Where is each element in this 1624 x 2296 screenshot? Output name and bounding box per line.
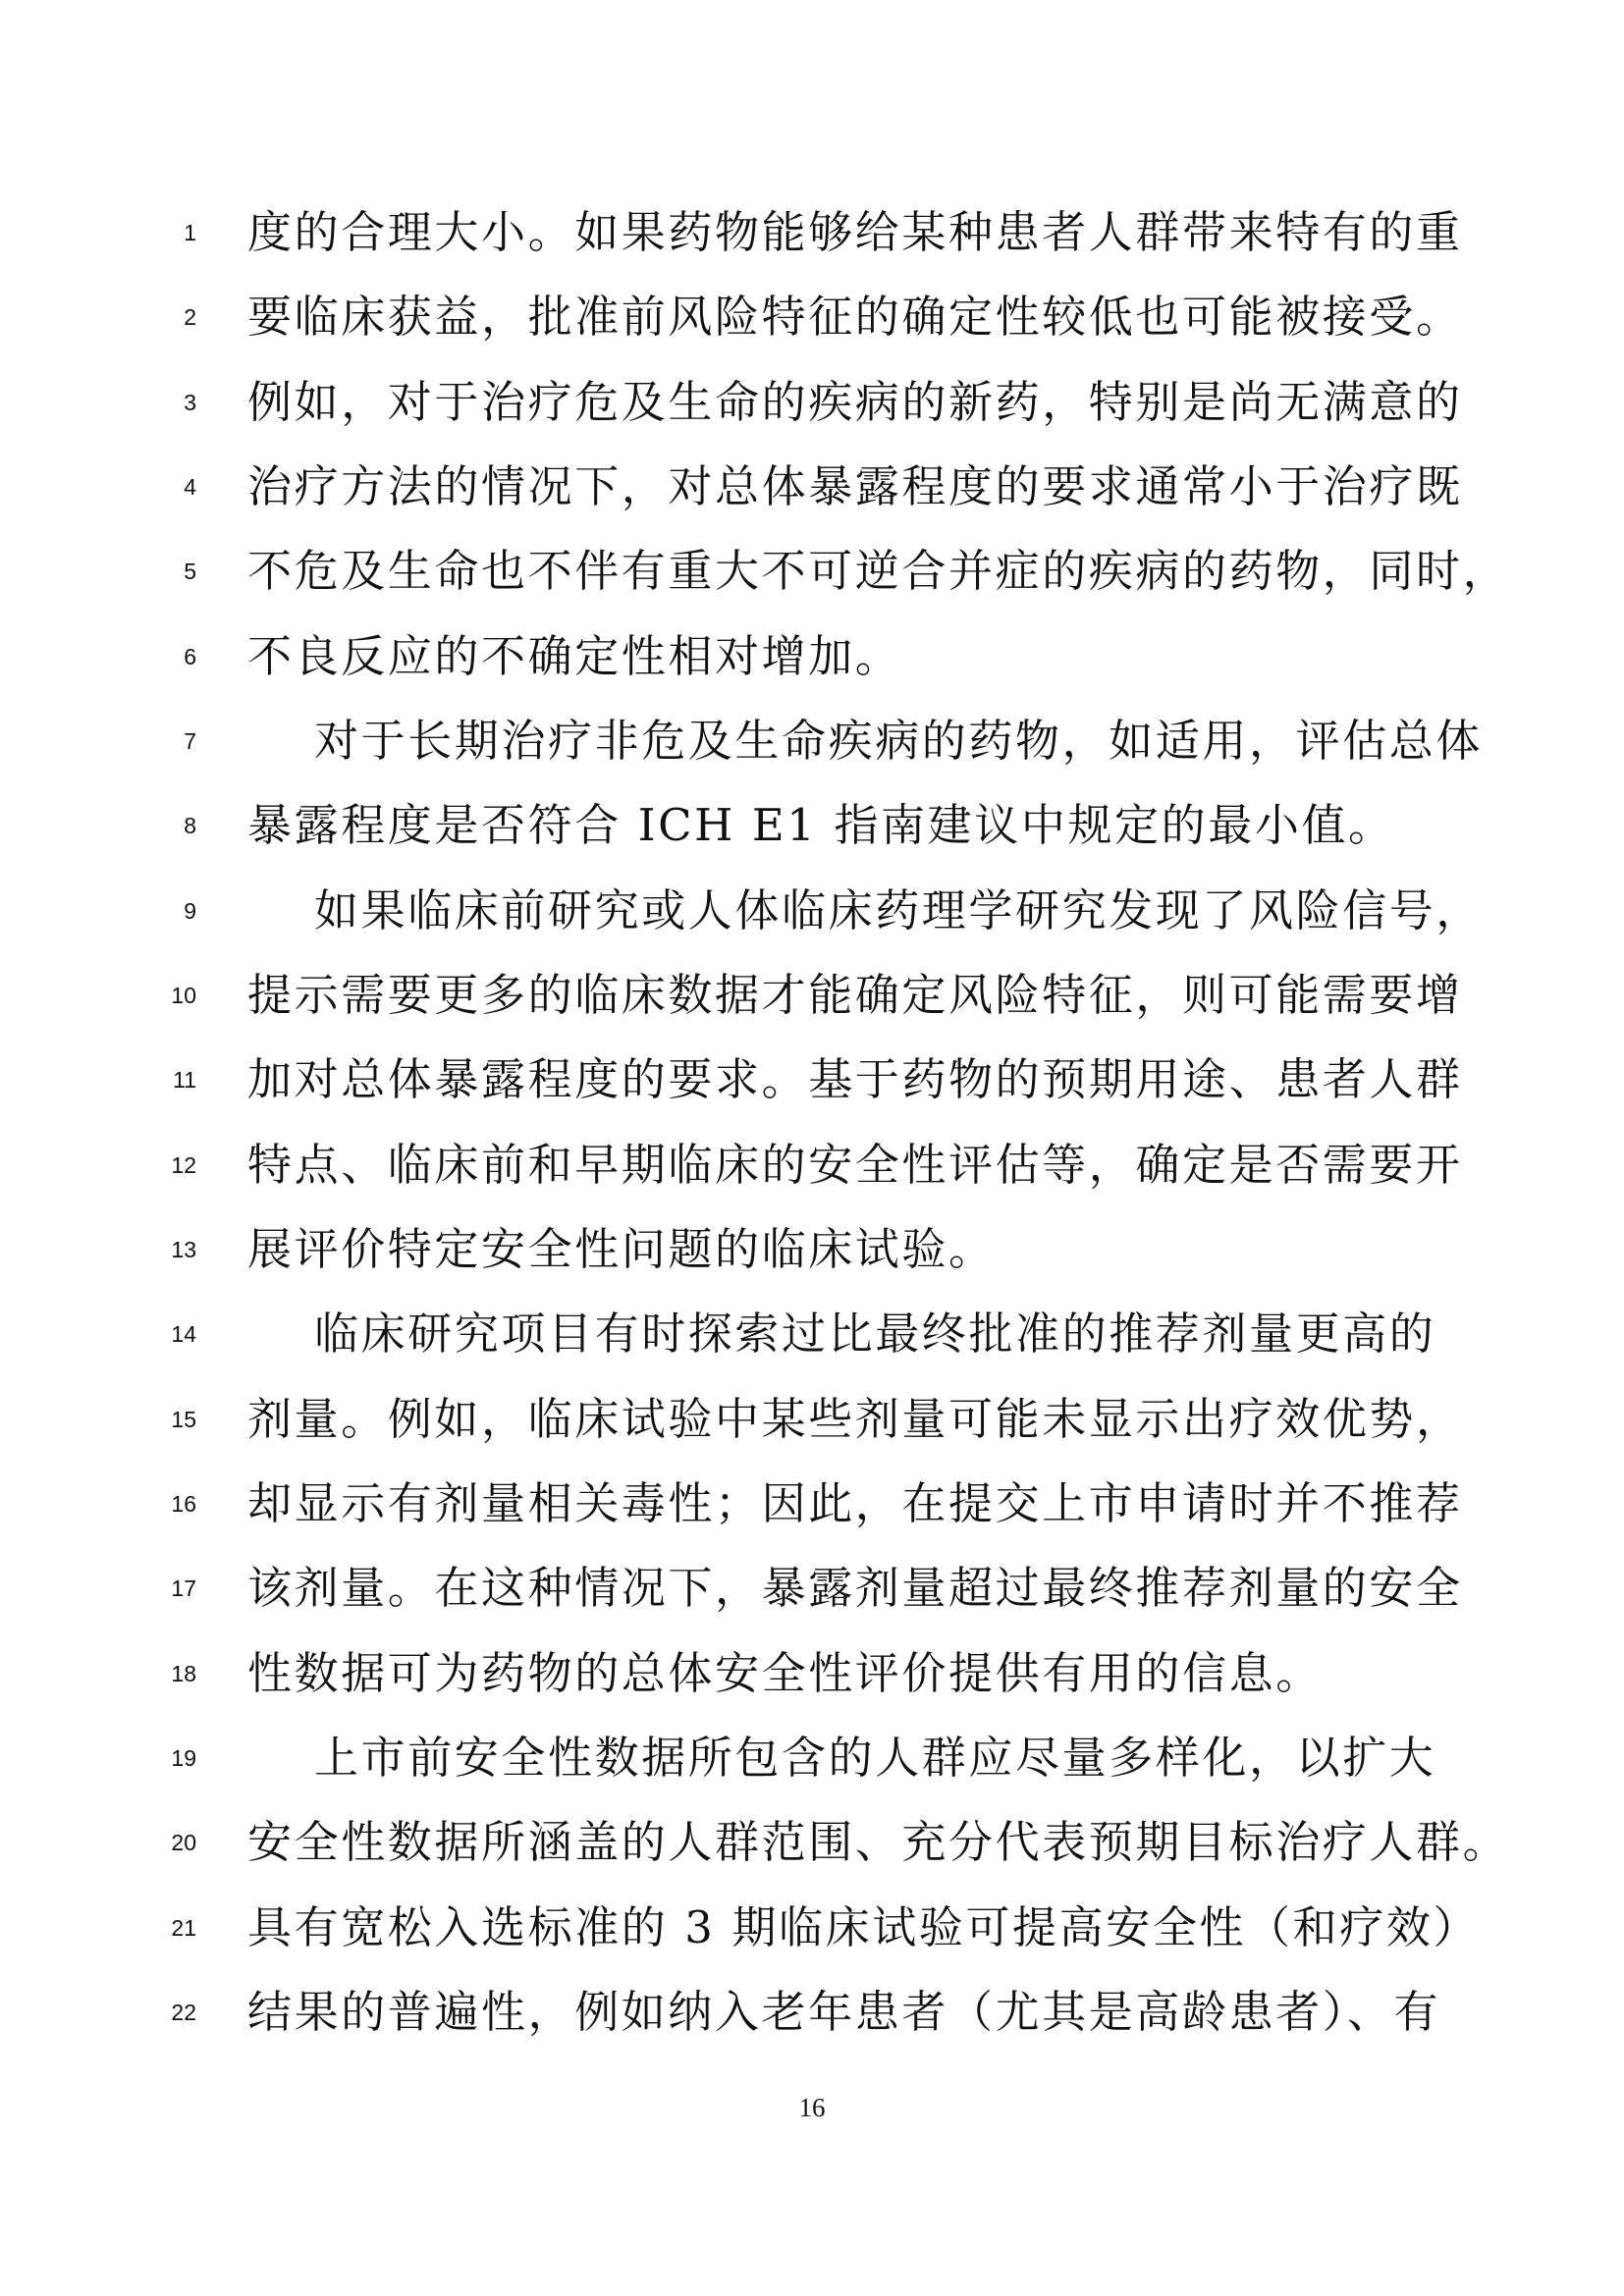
line-text: 结果的普遍性，例如纳入老年患者（尤其是高龄患者）、有 [247, 1970, 1440, 2055]
line-number: 4 [118, 445, 196, 529]
line-number: 6 [118, 614, 196, 699]
text-line: 10 提示需要更多的临床数据才能确定风险特征，则可能需要增 [0, 953, 1624, 1038]
line-text: 剂量。例如，临床试验中某些剂量可能未显示出疗效优势， [247, 1377, 1463, 1462]
line-number: 12 [118, 1123, 196, 1207]
paragraph-start-text: 上市前安全性数据所包含的人群应尽量多样化，以扩大 [314, 1716, 1435, 1800]
line-number: 5 [118, 529, 196, 614]
paragraph-start-text: 如果临床前研究或人体临床药理学研究发现了风险信号， [314, 869, 1483, 953]
line-number: 17 [118, 1546, 196, 1630]
line-number: 1 [118, 190, 196, 275]
line-number: 19 [118, 1716, 196, 1800]
text-line: 12 特点、临床前和早期临床的安全性评估等，确定是否需要开 [0, 1123, 1624, 1207]
line-text: 具有宽松入选标准的 3 期临床试验可提高安全性（和疗效） [247, 1886, 1480, 1970]
line-text: 提示需要更多的临床数据才能确定风险特征，则可能需要增 [247, 953, 1463, 1038]
line-number: 18 [118, 1631, 196, 1716]
text-line: 11 加对总体暴露程度的要求。基于药物的预期用途、患者人群 [0, 1038, 1624, 1122]
line-number: 13 [118, 1207, 196, 1292]
line-text: 该剂量。在这种情况下，暴露剂量超过最终推荐剂量的安全 [247, 1546, 1463, 1630]
numbered-text-body: 1 度的合理大小。如果药物能够给某种患者人群带来特有的重 2 要临床获益，批准前… [0, 190, 1624, 2055]
text-line: 16 却显示有剂量相关毒性；因此，在提交上市申请时并不推荐 [0, 1462, 1624, 1546]
page-number: 16 [0, 2093, 1624, 2123]
text-line: 18 性数据可为药物的总体安全性评价提供有用的信息。 [0, 1631, 1624, 1716]
text-line: 3 例如，对于治疗危及生命的疾病的新药，特别是尚无满意的 [0, 360, 1624, 445]
text-line: 7 对于长期治疗非危及生命疾病的药物，如适用，评估总体 [0, 699, 1624, 783]
paragraph-start-text: 对于长期治疗非危及生命疾病的药物，如适用，评估总体 [314, 699, 1483, 783]
text-line: 2 要临床获益，批准前风险特征的确定性较低也可能被接受。 [0, 275, 1624, 359]
line-text: 要临床获益，批准前风险特征的确定性较低也可能被接受。 [247, 275, 1463, 359]
line-number: 21 [118, 1886, 196, 1970]
line-number: 3 [118, 360, 196, 445]
line-text: 特点、临床前和早期临床的安全性评估等，确定是否需要开 [247, 1123, 1463, 1207]
line-number: 8 [118, 783, 196, 868]
document-page: 1 度的合理大小。如果药物能够给某种患者人群带来特有的重 2 要临床获益，批准前… [0, 0, 1624, 2296]
text-line: 19 上市前安全性数据所包含的人群应尽量多样化，以扩大 [0, 1716, 1624, 1800]
line-text: 暴露程度是否符合 ICH E1 指南建议中规定的最小值。 [247, 783, 1395, 868]
line-text: 加对总体暴露程度的要求。基于药物的预期用途、患者人群 [247, 1038, 1463, 1122]
text-line: 20 安全性数据所涵盖的人群范围、充分代表预期目标治疗人群。 [0, 1800, 1624, 1885]
line-number: 22 [118, 1970, 196, 2055]
text-line: 22 结果的普遍性，例如纳入老年患者（尤其是高龄患者）、有 [0, 1970, 1624, 2055]
text-line: 6 不良反应的不确定性相对增加。 [0, 614, 1624, 699]
text-line: 13 展评价特定安全性问题的临床试验。 [0, 1207, 1624, 1292]
line-number: 16 [118, 1462, 196, 1546]
line-text: 性数据可为药物的总体安全性评价提供有用的信息。 [247, 1631, 1323, 1716]
text-line: 14 临床研究项目有时探索过比最终批准的推荐剂量更高的 [0, 1292, 1624, 1376]
text-line: 5 不危及生命也不伴有重大不可逆合并症的疾病的药物，同时， [0, 529, 1624, 614]
line-number: 14 [118, 1292, 196, 1376]
line-text: 治疗方法的情况下，对总体暴露程度的要求通常小于治疗既 [247, 445, 1463, 529]
line-text: 例如，对于治疗危及生命的疾病的新药，特别是尚无满意的 [247, 360, 1463, 445]
line-number: 15 [118, 1377, 196, 1462]
line-number: 20 [118, 1800, 196, 1885]
line-number: 2 [118, 275, 196, 359]
text-line: 15 剂量。例如，临床试验中某些剂量可能未显示出疗效优势， [0, 1377, 1624, 1462]
line-text: 展评价特定安全性问题的临床试验。 [247, 1207, 996, 1292]
line-number: 7 [118, 699, 196, 783]
line-text: 不危及生命也不伴有重大不可逆合并症的疾病的药物，同时， [247, 529, 1509, 614]
text-line: 9 如果临床前研究或人体临床药理学研究发现了风险信号， [0, 869, 1624, 953]
text-line: 21 具有宽松入选标准的 3 期临床试验可提高安全性（和疗效） [0, 1886, 1624, 1970]
line-number: 10 [118, 953, 196, 1038]
text-line: 1 度的合理大小。如果药物能够给某种患者人群带来特有的重 [0, 190, 1624, 275]
line-number: 9 [118, 869, 196, 953]
line-text: 却显示有剂量相关毒性；因此，在提交上市申请时并不推荐 [247, 1462, 1463, 1546]
text-line: 8 暴露程度是否符合 ICH E1 指南建议中规定的最小值。 [0, 783, 1624, 868]
text-line: 4 治疗方法的情况下，对总体暴露程度的要求通常小于治疗既 [0, 445, 1624, 529]
line-text: 度的合理大小。如果药物能够给某种患者人群带来特有的重 [247, 190, 1463, 275]
line-text: 安全性数据所涵盖的人群范围、充分代表预期目标治疗人群。 [247, 1800, 1509, 1885]
line-number: 11 [118, 1038, 196, 1122]
paragraph-start-text: 临床研究项目有时探索过比最终批准的推荐剂量更高的 [314, 1292, 1435, 1376]
line-text: 不良反应的不确定性相对增加。 [247, 614, 901, 699]
text-line: 17 该剂量。在这种情况下，暴露剂量超过最终推荐剂量的安全 [0, 1546, 1624, 1630]
